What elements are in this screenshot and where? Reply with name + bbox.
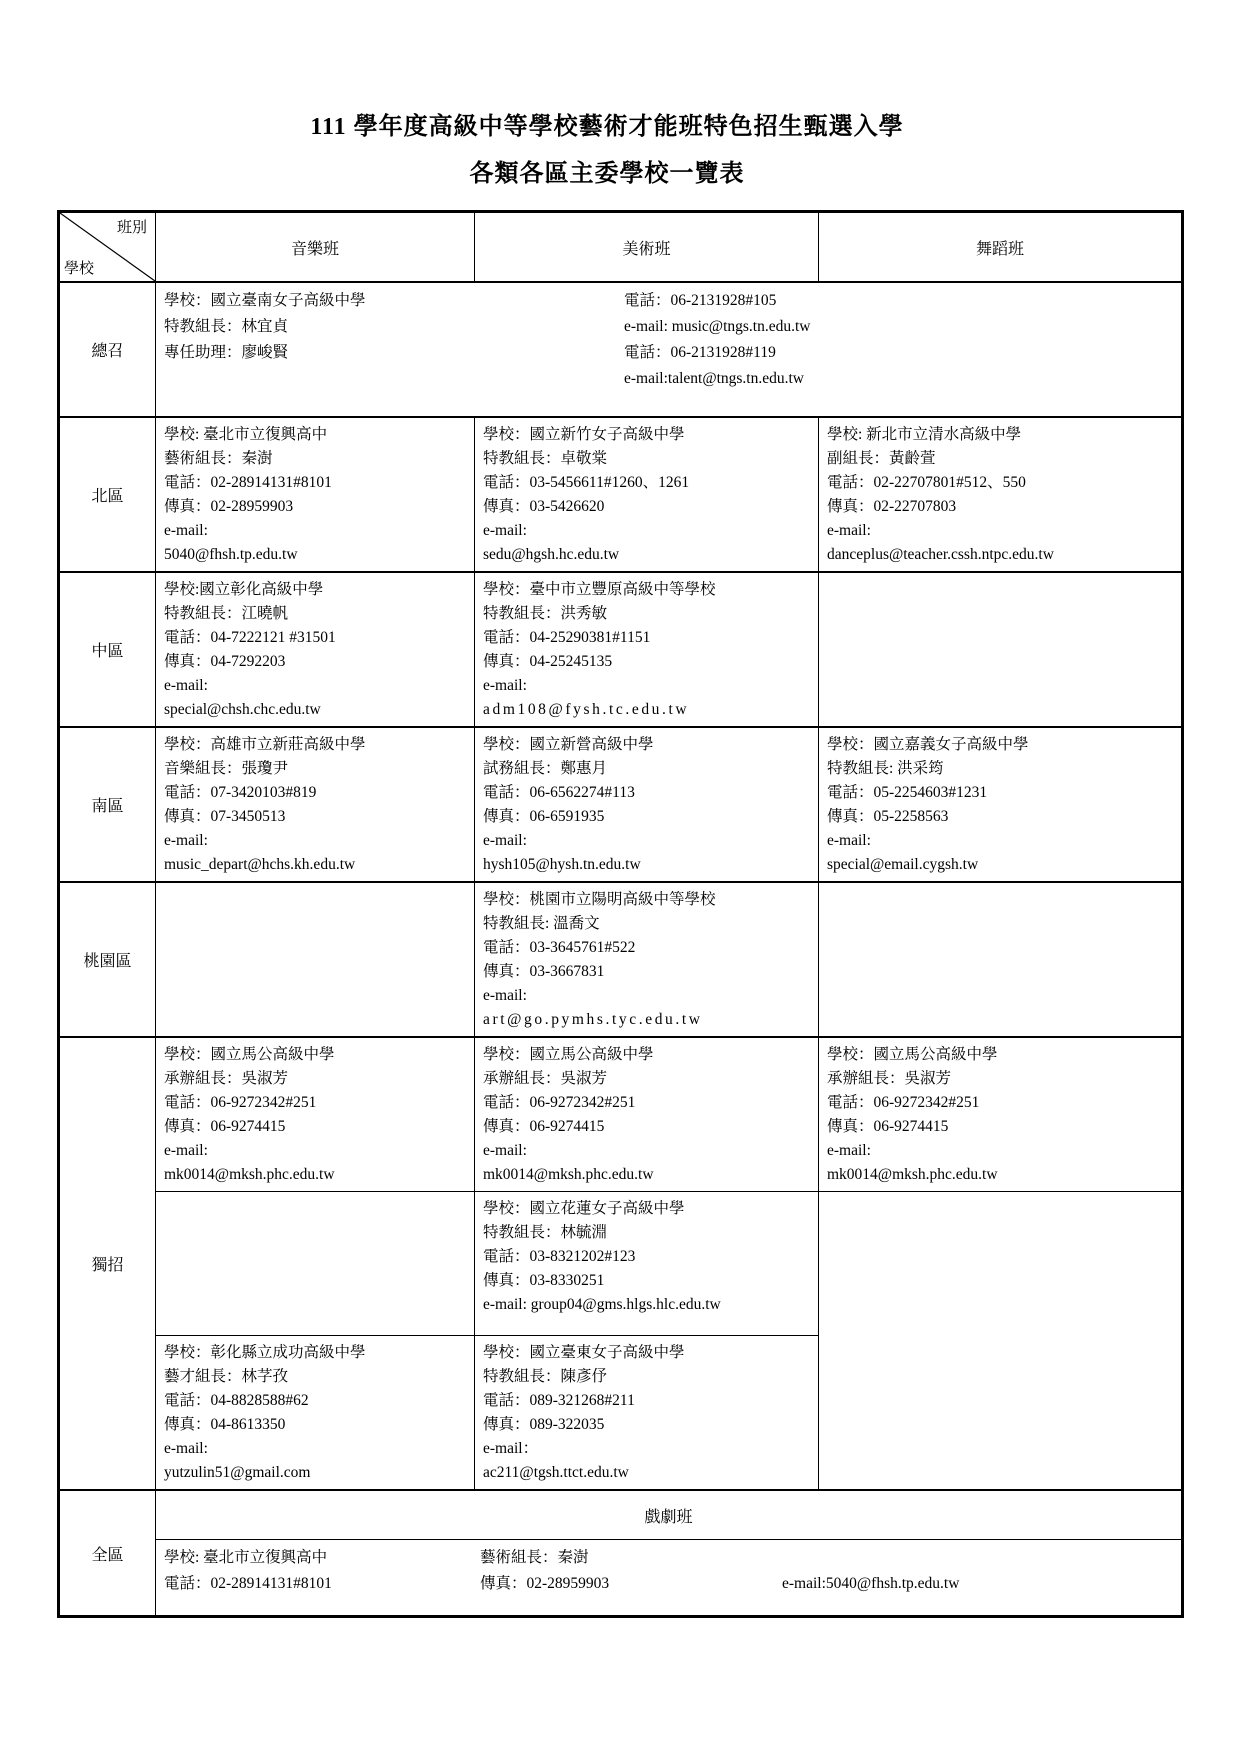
school-info-cell-dance: 學校: 新北市立清水高級中學副組長：黃齡萱電話：02-22707801#512、… bbox=[819, 417, 1183, 572]
text-line: ac211@tgsh.ttct.edu.tw bbox=[483, 1461, 812, 1485]
text-line: mk0014@mksh.phc.edu.tw bbox=[483, 1163, 812, 1187]
row-region-桃園區: 桃園區學校：桃園市立陽明高級中等學校特教組長: 溫喬文電話：03-3645761… bbox=[59, 882, 1183, 1037]
drama-phone: 電話：02-28914131#8101 bbox=[164, 1571, 480, 1597]
text-line: 學校:國立彰化高級中學 bbox=[164, 578, 468, 602]
text-line: sedu@hgsh.hc.edu.tw bbox=[483, 543, 812, 567]
corner-label-class-type: 班別 bbox=[117, 216, 147, 237]
region-label-duzhao: 獨招 bbox=[59, 1037, 156, 1490]
text-line: 傳真：04-7292203 bbox=[164, 650, 468, 674]
region-label: 南區 bbox=[59, 727, 156, 882]
text-line: 傳真：06-9274415 bbox=[827, 1115, 1175, 1139]
text-line: 傳真：02-22707803 bbox=[827, 495, 1175, 519]
row-region-南區: 南區學校：高雄市立新莊高級中學音樂組長：張瓊尹電話：07-3420103#819… bbox=[59, 727, 1183, 882]
school-info-cell-music: 學校：國立馬公高級中學承辦組長：吳淑芳電話：06-9272342#251傳真：0… bbox=[156, 1037, 475, 1192]
column-header-art-class: 美術班 bbox=[475, 212, 819, 283]
text-line: 電話：07-3420103#819 bbox=[164, 781, 468, 805]
document-page: 111 學年度高級中等學校藝術才能班特色招生甄選入學 各類各區主委學校一覽表 班… bbox=[0, 0, 1241, 1618]
drama-info-line: 學校: 臺北市立復興高中藝術組長：秦澍 bbox=[164, 1545, 1175, 1571]
text-line: 電話：04-7222121 #31501 bbox=[164, 626, 468, 650]
convener-cell-layout: 學校：國立臺南女子高級中學特教組長：林宜貞專任助理：廖峻賢 電話：06-2131… bbox=[164, 288, 1175, 392]
school-info-cell-music: 學校: 臺北市立復興高中藝術組長：秦澍電話：02-28914131#8101傳真… bbox=[156, 417, 475, 572]
text-line: 傳真：06-6591935 bbox=[483, 805, 812, 829]
text-line: 傳真：04-25245135 bbox=[483, 650, 812, 674]
text-line: e-mail: bbox=[483, 674, 812, 698]
text-line: danceplus@teacher.cssh.ntpc.edu.tw bbox=[827, 543, 1175, 567]
drama-coordinator: 藝術組長：秦澍 bbox=[480, 1545, 782, 1571]
convener-school-block: 學校：國立臺南女子高級中學特教組長：林宜貞專任助理：廖峻賢 bbox=[164, 288, 624, 366]
drama-class-info-cell: 學校: 臺北市立復興高中藝術組長：秦澍 電話：02-28914131#8101傳… bbox=[156, 1540, 1183, 1617]
general-convener-cell: 學校：國立臺南女子高級中學特教組長：林宜貞專任助理：廖峻賢 電話：06-2131… bbox=[156, 282, 1183, 417]
text-line: 藝術組長：秦澍 bbox=[164, 447, 468, 471]
text-line: 電話：02-22707801#512、550 bbox=[827, 471, 1175, 495]
text-line: e-mail: bbox=[164, 1437, 468, 1461]
text-line: mk0014@mksh.phc.edu.tw bbox=[827, 1163, 1175, 1187]
drama-email: e-mail:5040@fhsh.tp.edu.tw bbox=[782, 1575, 959, 1592]
text-line: 電話：05-2254603#1231 bbox=[827, 781, 1175, 805]
school-info-cell-music: 學校：彰化縣立成功高級中學藝才組長：林芓孜電話：04-8828588#62傳真：… bbox=[156, 1336, 475, 1491]
region-label: 中區 bbox=[59, 572, 156, 727]
text-line: 電話：03-3645761#522 bbox=[483, 936, 812, 960]
text-line: 特教組長: 洪采筠 bbox=[827, 757, 1175, 781]
empty-cell-music bbox=[156, 882, 475, 1037]
text-line: 學校：臺中市立豐原高級中等學校 bbox=[483, 578, 812, 602]
text-line: e-mail: bbox=[483, 984, 812, 1008]
school-info-cell-music: 學校：高雄市立新莊高級中學音樂組長：張瓊尹電話：07-3420103#819傳真… bbox=[156, 727, 475, 882]
region-label: 北區 bbox=[59, 417, 156, 572]
text-line: 特教組長：陳彥伃 bbox=[483, 1365, 812, 1389]
text-line: e-mail: bbox=[483, 829, 812, 853]
text-line: 特教組長：林宜貞 bbox=[164, 314, 624, 340]
region-label-quanqu: 全區 bbox=[59, 1490, 156, 1617]
school-info-cell-music: 學校:國立彰化高級中學特教組長：江曉帆電話：04-7222121 #31501傳… bbox=[156, 572, 475, 727]
row-region-北區: 北區學校: 臺北市立復興高中藝術組長：秦澍電話：02-28914131#8101… bbox=[59, 417, 1183, 572]
text-line: 學校：國立新營高級中學 bbox=[483, 733, 812, 757]
document-title-line1: 111 學年度高級中等學校藝術才能班特色招生甄選入學 bbox=[45, 112, 1169, 142]
text-line: 學校：國立馬公高級中學 bbox=[483, 1043, 812, 1067]
row-duzhao-sub2: 學校：國立花蓮女子高級中學特教組長：林毓淵電話：03-8321202#123傳真… bbox=[59, 1192, 1183, 1336]
text-line: e-mail: bbox=[164, 1139, 468, 1163]
text-line: 承辦組長：吳淑芳 bbox=[164, 1067, 468, 1091]
school-info-cell-art: 學校：國立花蓮女子高級中學特教組長：林毓淵電話：03-8321202#123傳真… bbox=[475, 1192, 819, 1336]
text-line: 傳真：06-9274415 bbox=[483, 1115, 812, 1139]
text-line: adm108@fysh.tc.edu.tw bbox=[483, 698, 812, 722]
column-header-dance-class: 舞蹈班 bbox=[819, 212, 1183, 283]
document-title-line2: 各類各區主委學校一覽表 bbox=[45, 159, 1169, 189]
text-line: e-mail： bbox=[483, 1437, 812, 1461]
drama-school: 學校: 臺北市立復興高中 bbox=[164, 1545, 480, 1571]
text-line: special@email.cygsh.tw bbox=[827, 853, 1175, 877]
text-line: 電話：04-8828588#62 bbox=[164, 1389, 468, 1413]
text-line: 學校：國立嘉義女子高級中學 bbox=[827, 733, 1175, 757]
corner-label-school: 學校 bbox=[64, 257, 94, 278]
text-line: 學校：國立馬公高級中學 bbox=[164, 1043, 468, 1067]
text-line: 傳真：089-322035 bbox=[483, 1413, 812, 1437]
table-header-row: 班別 學校 音樂班 美術班 舞蹈班 bbox=[59, 212, 1183, 283]
school-info-cell-art: 學校：國立馬公高級中學承辦組長：吳淑芳電話：06-9272342#251傳真：0… bbox=[475, 1037, 819, 1192]
text-line: e-mail: bbox=[827, 1139, 1175, 1163]
text-line: 電話：089-321268#211 bbox=[483, 1389, 812, 1413]
text-line: 電話：02-28914131#8101 bbox=[164, 471, 468, 495]
drama-fax: 傳真：02-28959903 bbox=[480, 1571, 782, 1597]
text-line: special@chsh.chc.edu.tw bbox=[164, 698, 468, 722]
school-info-cell-dance: 學校：國立嘉義女子高級中學特教組長: 洪采筠電話：05-2254603#1231… bbox=[819, 727, 1183, 882]
text-line: hysh105@hysh.tn.edu.tw bbox=[483, 853, 812, 877]
empty-cell-dance bbox=[819, 882, 1183, 1037]
text-line: 學校：彰化縣立成功高級中學 bbox=[164, 1341, 468, 1365]
text-line: 音樂組長：張瓊尹 bbox=[164, 757, 468, 781]
text-line: 5040@fhsh.tp.edu.tw bbox=[164, 543, 468, 567]
text-line: e-mail:talent@tngs.tn.edu.tw bbox=[624, 366, 810, 392]
text-line: 電話：03-5456611#1260、1261 bbox=[483, 471, 812, 495]
text-line: 特教組長：江曉帆 bbox=[164, 602, 468, 626]
text-line: yutzulin51@gmail.com bbox=[164, 1461, 468, 1485]
text-line: 電話：06-9272342#251 bbox=[483, 1091, 812, 1115]
region-label: 桃園區 bbox=[59, 882, 156, 1037]
school-info-cell-art: 學校：國立臺東女子高級中學特教組長：陳彥伃電話：089-321268#211傳真… bbox=[475, 1336, 819, 1491]
text-line: e-mail: bbox=[827, 829, 1175, 853]
region-label-zongzhao: 總召 bbox=[59, 282, 156, 417]
text-line: 傳真：02-28959903 bbox=[164, 495, 468, 519]
text-line: 傳真：07-3450513 bbox=[164, 805, 468, 829]
text-line: 特教組長：卓敬棠 bbox=[483, 447, 812, 471]
text-line: 傳真：03-5426620 bbox=[483, 495, 812, 519]
school-overview-table: 班別 學校 音樂班 美術班 舞蹈班 總召 學校：國立臺南女子高級中學特教組長：林… bbox=[57, 210, 1184, 1618]
text-line: 傳真：05-2258563 bbox=[827, 805, 1175, 829]
school-info-cell-art: 學校：國立新營高級中學試務組長：鄭惠月電話：06-6562274#113傳真：0… bbox=[475, 727, 819, 882]
school-info-cell-art: 學校：國立新竹女子高級中學特教組長：卓敬棠電話：03-5456611#1260、… bbox=[475, 417, 819, 572]
text-line: e-mail: bbox=[164, 519, 468, 543]
text-line: 學校：國立馬公高級中學 bbox=[827, 1043, 1175, 1067]
row-duzhao-sub1: 獨招學校：國立馬公高級中學承辦組長：吳淑芳電話：06-9272342#251傳真… bbox=[59, 1037, 1183, 1192]
text-line: 傳真：06-9274415 bbox=[164, 1115, 468, 1139]
text-line: 承辦組長：吳淑芳 bbox=[827, 1067, 1175, 1091]
text-line: 電話：06-2131928#119 bbox=[624, 340, 810, 366]
text-line: mk0014@mksh.phc.edu.tw bbox=[164, 1163, 468, 1187]
row-region-中區: 中區學校:國立彰化高級中學特教組長：江曉帆電話：04-7222121 #3150… bbox=[59, 572, 1183, 727]
text-line: 電話：06-2131928#105 bbox=[624, 288, 810, 314]
text-line: 藝才組長：林芓孜 bbox=[164, 1365, 468, 1389]
text-line: e-mail: bbox=[164, 829, 468, 853]
text-line: 電話：06-6562274#113 bbox=[483, 781, 812, 805]
school-info-cell-art: 學校：桃園市立陽明高級中等學校特教組長: 溫喬文電話：03-3645761#52… bbox=[475, 882, 819, 1037]
column-header-music-class: 音樂班 bbox=[156, 212, 475, 283]
empty-cell-dance bbox=[819, 1192, 1183, 1491]
text-line: music_depart@hchs.kh.edu.tw bbox=[164, 853, 468, 877]
row-quanqu-content: 學校: 臺北市立復興高中藝術組長：秦澍 電話：02-28914131#8101傳… bbox=[59, 1540, 1183, 1617]
text-line: e-mail: group04@gms.hlgs.hlc.edu.tw bbox=[483, 1293, 812, 1317]
convener-contact-block: 電話：06-2131928#105e-mail: music@tngs.tn.e… bbox=[624, 288, 810, 392]
text-line: 電話：06-9272342#251 bbox=[827, 1091, 1175, 1115]
text-line: 電話：03-8321202#123 bbox=[483, 1245, 812, 1269]
text-line: art@go.pymhs.tyc.edu.tw bbox=[483, 1008, 812, 1032]
text-line: 專任助理：廖峻賢 bbox=[164, 340, 624, 366]
text-line: 學校: 臺北市立復興高中 bbox=[164, 423, 468, 447]
text-line: 學校：桃園市立陽明高級中等學校 bbox=[483, 888, 812, 912]
text-line: 傳真：04-8613350 bbox=[164, 1413, 468, 1437]
text-line: 學校：國立臺南女子高級中學 bbox=[164, 288, 624, 314]
text-line: e-mail: bbox=[164, 674, 468, 698]
text-line: 特教組長: 溫喬文 bbox=[483, 912, 812, 936]
empty-cell-music bbox=[156, 1192, 475, 1336]
text-line: e-mail: music@tngs.tn.edu.tw bbox=[624, 314, 810, 340]
school-info-cell-art: 學校：臺中市立豐原高級中等學校特教組長：洪秀敏電話：04-25290381#11… bbox=[475, 572, 819, 727]
text-line: 電話：04-25290381#1151 bbox=[483, 626, 812, 650]
text-line: e-mail: bbox=[827, 519, 1175, 543]
text-line: 學校: 新北市立清水高級中學 bbox=[827, 423, 1175, 447]
drama-info-line: 電話：02-28914131#8101傳真：02-28959903e-mail:… bbox=[164, 1571, 1175, 1597]
row-general-convener: 總召 學校：國立臺南女子高級中學特教組長：林宜貞專任助理：廖峻賢 電話：06-2… bbox=[59, 282, 1183, 417]
text-line: e-mail: bbox=[483, 1139, 812, 1163]
text-line: 特教組長：洪秀敏 bbox=[483, 602, 812, 626]
text-line: 副組長：黃齡萱 bbox=[827, 447, 1175, 471]
text-line: 傳真：03-8330251 bbox=[483, 1269, 812, 1293]
text-line: 特教組長：林毓淵 bbox=[483, 1221, 812, 1245]
school-info-cell-dance: 學校：國立馬公高級中學承辦組長：吳淑芳電話：06-9272342#251傳真：0… bbox=[819, 1037, 1183, 1192]
text-line: 學校：高雄市立新莊高級中學 bbox=[164, 733, 468, 757]
row-quanqu-band: 全區 戲劇班 bbox=[59, 1490, 1183, 1540]
drama-class-band-header: 戲劇班 bbox=[156, 1490, 1183, 1540]
text-line: 電話：06-9272342#251 bbox=[164, 1091, 468, 1115]
text-line: 學校：國立臺東女子高級中學 bbox=[483, 1341, 812, 1365]
text-line: 學校：國立新竹女子高級中學 bbox=[483, 423, 812, 447]
text-line: 承辦組長：吳淑芳 bbox=[483, 1067, 812, 1091]
text-line: 試務組長：鄭惠月 bbox=[483, 757, 812, 781]
text-line: 傳真：03-3667831 bbox=[483, 960, 812, 984]
corner-cell: 班別 學校 bbox=[59, 212, 156, 283]
text-line: e-mail: bbox=[483, 519, 812, 543]
text-line: 學校：國立花蓮女子高級中學 bbox=[483, 1197, 812, 1221]
empty-cell-dance bbox=[819, 572, 1183, 727]
